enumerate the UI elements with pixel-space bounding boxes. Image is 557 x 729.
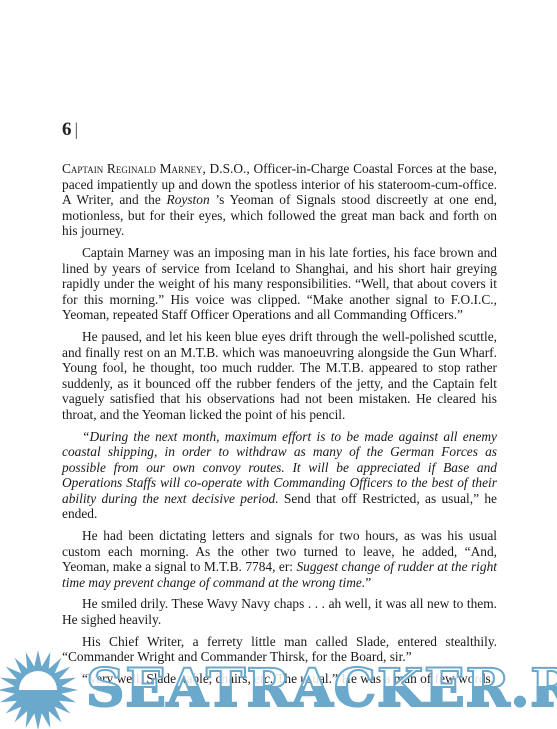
page-number-value: 6 bbox=[62, 119, 72, 140]
paragraph-5: He had been dictating letters and signal… bbox=[62, 528, 497, 590]
watermark-text: SEATRACKER.RU bbox=[86, 661, 557, 717]
page-number-separator: | bbox=[75, 119, 79, 139]
paragraph-text: Captain Marney was an imposing man in hi… bbox=[62, 245, 497, 322]
paragraph-text: ” bbox=[365, 575, 371, 590]
body-text: Captain Reginald Marney, D.S.O., Officer… bbox=[62, 161, 497, 692]
page-number: 6| bbox=[62, 119, 78, 141]
paragraph-text: He smiled drily. These Wavy Navy chaps .… bbox=[62, 596, 497, 627]
ship-name: Royston bbox=[167, 192, 210, 207]
paragraph-1: Captain Reginald Marney, D.S.O., Officer… bbox=[62, 161, 497, 239]
paragraph-6: He smiled drily. These Wavy Navy chaps .… bbox=[62, 596, 497, 627]
opening-name: Captain Reginald Marney bbox=[62, 161, 202, 176]
paragraph-4: “During the next month, maximum effort i… bbox=[62, 429, 497, 523]
paragraph-2: Captain Marney was an imposing man in hi… bbox=[62, 245, 497, 323]
paragraph-3: He paused, and let his keen blue eyes dr… bbox=[62, 329, 497, 423]
paragraph-text: He paused, and let his keen blue eyes dr… bbox=[62, 329, 497, 422]
